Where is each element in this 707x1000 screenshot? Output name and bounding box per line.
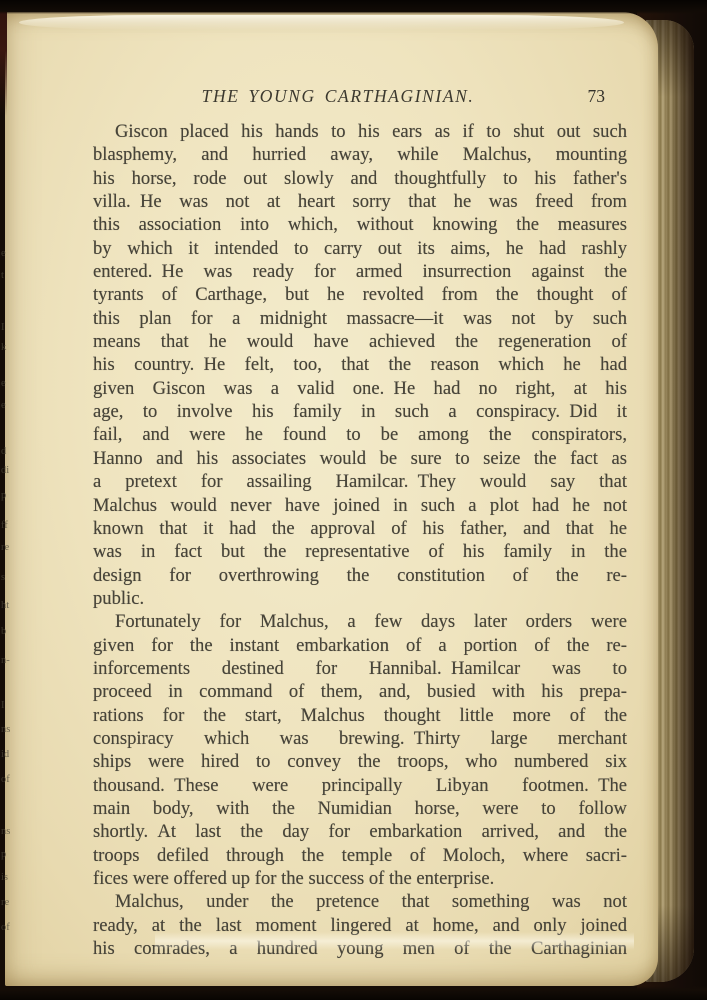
text-line: Fortunately for Malchus, a few days late… xyxy=(93,610,627,633)
text-line: Giscon placed his hands to his ears as i… xyxy=(93,120,627,143)
margin-fragment: of xyxy=(1,922,10,933)
margin-fragment: ff xyxy=(1,520,8,531)
margin-fragment: k xyxy=(1,342,6,353)
text-line: his comrades, a hundred young men of the… xyxy=(93,937,627,960)
margin-fragment: e xyxy=(1,248,6,259)
margin-fragment: id xyxy=(1,749,9,760)
text-line: means that he would have achieved the re… xyxy=(93,330,627,353)
book-scan: THE YOUNG CARTHAGINIAN. 73 Giscon placed… xyxy=(0,0,707,1000)
text-line: this plan for a midnight massacre—it was… xyxy=(93,307,627,330)
text-line: troops defiled through the temple of Mol… xyxy=(93,844,627,867)
margin-fragment: ns xyxy=(1,724,10,735)
text-line: ready, at the last moment lingered at ho… xyxy=(93,914,627,937)
page-text: Giscon placed his hands to his ears as i… xyxy=(93,120,627,960)
text-line: his country. He felt, too, that the reas… xyxy=(93,353,627,376)
margin-fragments: etIkeeddipffreshtbn-Insidofnspisreof xyxy=(0,0,14,1000)
text-line: inforcements destined for Hannibal. Hami… xyxy=(93,657,627,680)
margin-fragment: ht xyxy=(1,600,9,611)
margin-fragment: ns xyxy=(1,826,10,837)
text-line: known that it had the approval of his fa… xyxy=(93,517,627,540)
text-line: blasphemy, and hurried away, while Malch… xyxy=(93,143,627,166)
page-header: THE YOUNG CARTHAGINIAN. 73 xyxy=(93,86,627,110)
text-line: fail, and were he found to be among the … xyxy=(93,423,627,446)
text-line: Hanno and his associates would be sure t… xyxy=(93,447,627,470)
text-line: main body, with the Numidian horse, were… xyxy=(93,797,627,820)
margin-fragment: b xyxy=(1,626,6,637)
text-line: this association into which, without kno… xyxy=(93,213,627,236)
bottom-dark-band xyxy=(0,986,707,1000)
margin-fragment: re xyxy=(1,542,9,553)
margin-fragment: e xyxy=(1,400,6,411)
margin-fragment: e xyxy=(1,378,6,389)
text-line: given Giscon was a valid one. He had no … xyxy=(93,377,627,400)
running-title: THE YOUNG CARTHAGINIAN. xyxy=(93,86,583,107)
margin-fragment: di xyxy=(1,465,9,476)
text-line: his horse, rode out slowly and thoughtfu… xyxy=(93,167,627,190)
margin-fragment: of xyxy=(1,774,10,785)
book-page: THE YOUNG CARTHAGINIAN. 73 Giscon placed… xyxy=(5,12,658,986)
margin-fragment: p xyxy=(1,849,6,860)
text-line: proceed in command of them, and, busied … xyxy=(93,680,627,703)
text-line: a pretext for assailing Hamilcar. They w… xyxy=(93,470,627,493)
margin-fragment: p xyxy=(1,490,6,501)
margin-fragment: is xyxy=(1,872,8,883)
margin-fragment: s xyxy=(1,572,5,583)
margin-fragment: I xyxy=(1,700,5,711)
margin-fragment: re xyxy=(1,897,9,908)
text-line: design for overthrowing the constitution… xyxy=(93,564,627,587)
text-line: given for the instant embarkation of a p… xyxy=(93,634,627,657)
text-line: age, to involve his family in such a con… xyxy=(93,400,627,423)
top-dark-band xyxy=(0,0,707,14)
text-line: shortly. At last the day for embarkation… xyxy=(93,820,627,843)
text-line: public. xyxy=(93,587,627,610)
margin-fragment: n- xyxy=(1,655,10,666)
margin-fragment: I xyxy=(1,322,5,333)
text-line: tyrants of Carthage, but he revolted fro… xyxy=(93,283,627,306)
page-number: 73 xyxy=(588,86,606,107)
text-line: thousand. These were principally Libyan … xyxy=(93,774,627,797)
text-line: fices were offered up for the success of… xyxy=(93,867,627,890)
text-line: rations for the start, Malchus thought l… xyxy=(93,704,627,727)
text-line: Malchus would never have joined in such … xyxy=(93,494,627,517)
text-line: Malchus, under the pretence that somethi… xyxy=(93,890,627,913)
text-line: was in fact but the representative of hi… xyxy=(93,540,627,563)
text-line: ships were hired to convey the troops, w… xyxy=(93,750,627,773)
text-line: by which it intended to carry out its ai… xyxy=(93,237,627,260)
text-line: entered. He was ready for armed insurrec… xyxy=(93,260,627,283)
text-line: villa. He was not at heart sorry that he… xyxy=(93,190,627,213)
margin-fragment: t xyxy=(1,270,4,281)
spine-shadow xyxy=(0,6,7,116)
margin-fragment: d xyxy=(1,446,6,457)
text-line: conspiracy which was brewing. Thirty lar… xyxy=(93,727,627,750)
